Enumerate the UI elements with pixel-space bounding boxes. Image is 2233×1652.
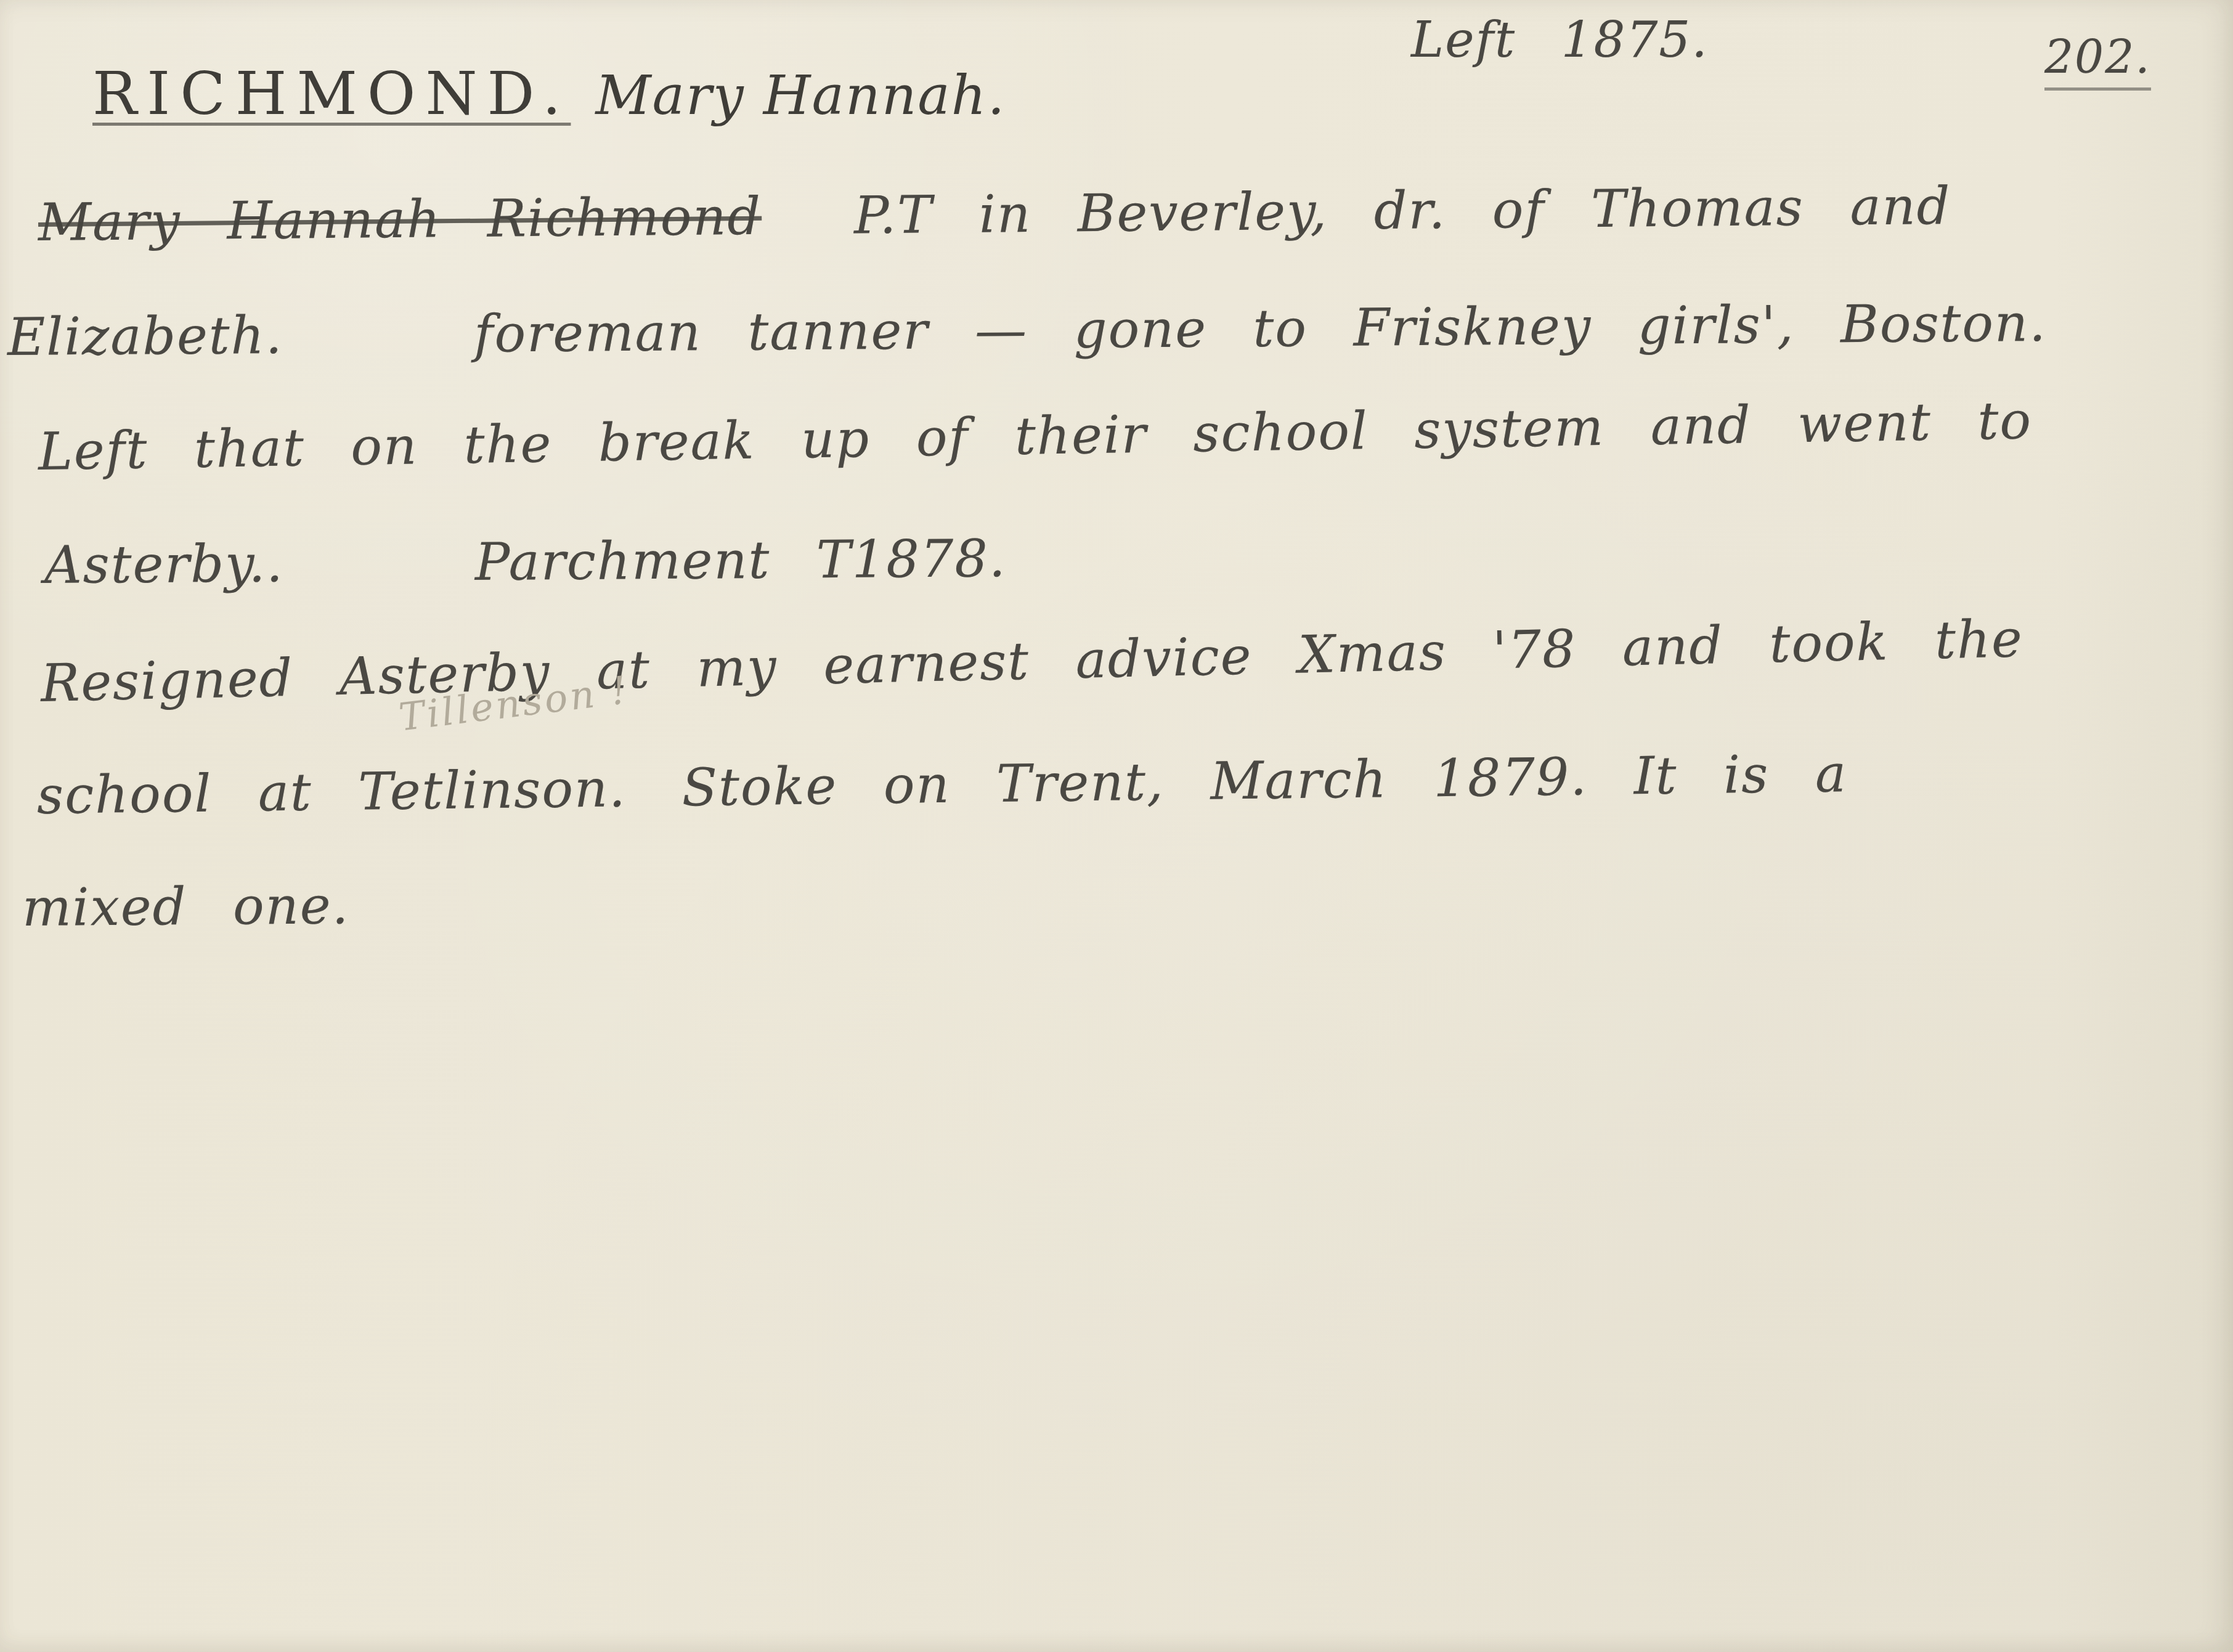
line-7-text: mixed one. [22, 875, 350, 938]
entry-line-1: Mary Hannah RichmondP.T in Beverley, dr.… [38, 176, 1951, 253]
surname-label: RICHMOND. [92, 59, 571, 128]
register-page: Left 1875. 202. RICHMOND.Mary Hannah. Ma… [0, 0, 2233, 1652]
struck-name: Mary Hannah Richmond [38, 186, 762, 253]
word-gap [762, 233, 854, 234]
page-number: 202. [2044, 31, 2151, 91]
entry-line-3: Left that on the break up of their schoo… [38, 390, 2032, 482]
line-1-text: P.T in Beverley, dr. of Thomas and [854, 176, 1951, 246]
line-6-text: Stoke on Trent, March 1879. It is a [681, 743, 1847, 818]
word-gap [284, 580, 475, 581]
line-4-place: Asterby.. [44, 533, 285, 595]
entry-heading: RICHMOND.Mary Hannah. [92, 59, 1006, 128]
line-4-parchment: Parchment T1878. [475, 528, 1007, 592]
left-year-note: Left 1875. [1411, 11, 1709, 68]
entry-line-5: Resigned Asterby at my earnest advice Xm… [40, 608, 2024, 714]
line-3-text: Left that on the break up of their schoo… [38, 390, 2032, 482]
line-2-mother: Elizabeth. [7, 305, 283, 367]
word-gap [627, 805, 682, 806]
entry-line-6: school at Tetlinson.Stoke on Trent, Marc… [36, 743, 1847, 826]
line-6-school: school at Tetlinson. [36, 758, 627, 826]
entry-line-7: mixed one. [22, 875, 350, 938]
entry-line-4: Asterby..Parchment T1878. [44, 528, 1007, 595]
word-gap [283, 352, 474, 353]
line-2-text: foreman tanner — gone to Friskney girls'… [474, 293, 2047, 364]
line-5-text: Resigned Asterby at my earnest advice Xm… [40, 608, 2024, 714]
forenames-label: Mary Hannah. [595, 63, 1006, 127]
entry-line-2: Elizabeth.foreman tanner — gone to Frisk… [7, 293, 2047, 367]
